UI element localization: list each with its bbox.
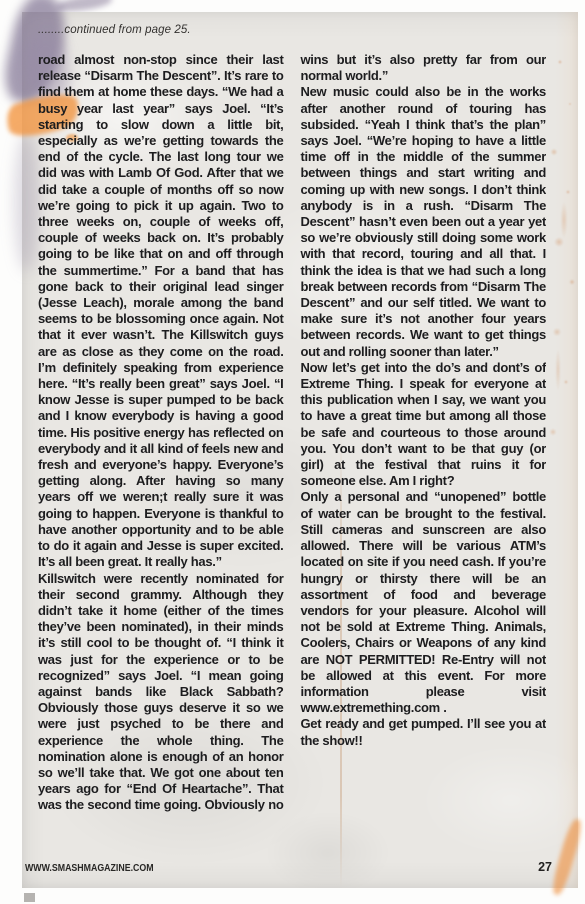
page-number: 27: [538, 860, 552, 874]
orange-corner-streak: [550, 818, 585, 897]
article-paragraph: Get ready and get pumped. I’ll see you a…: [301, 716, 547, 748]
article-body: road almost non-stop since their last re…: [38, 52, 546, 832]
purple-stain-trail: [14, 132, 40, 272]
footer-website-text: WWW.SMASHMAGAZINE.COM: [25, 863, 154, 874]
scan-artifact-chip: [24, 893, 35, 902]
magazine-page: ........continued from page 25. road alm…: [22, 12, 578, 888]
continued-from-note: ........continued from page 25.: [38, 24, 191, 36]
article-paragraph: Now let’s get into the do’s and dont’s o…: [301, 360, 547, 490]
article-paragraph: Only a personal and “unopened” bottle of…: [301, 489, 547, 716]
article-paragraph: road almost non-stop since their last re…: [38, 52, 284, 571]
magazine-scan: ........continued from page 25. road alm…: [0, 0, 585, 904]
article-paragraph: New music could also be in the works aft…: [301, 84, 547, 359]
